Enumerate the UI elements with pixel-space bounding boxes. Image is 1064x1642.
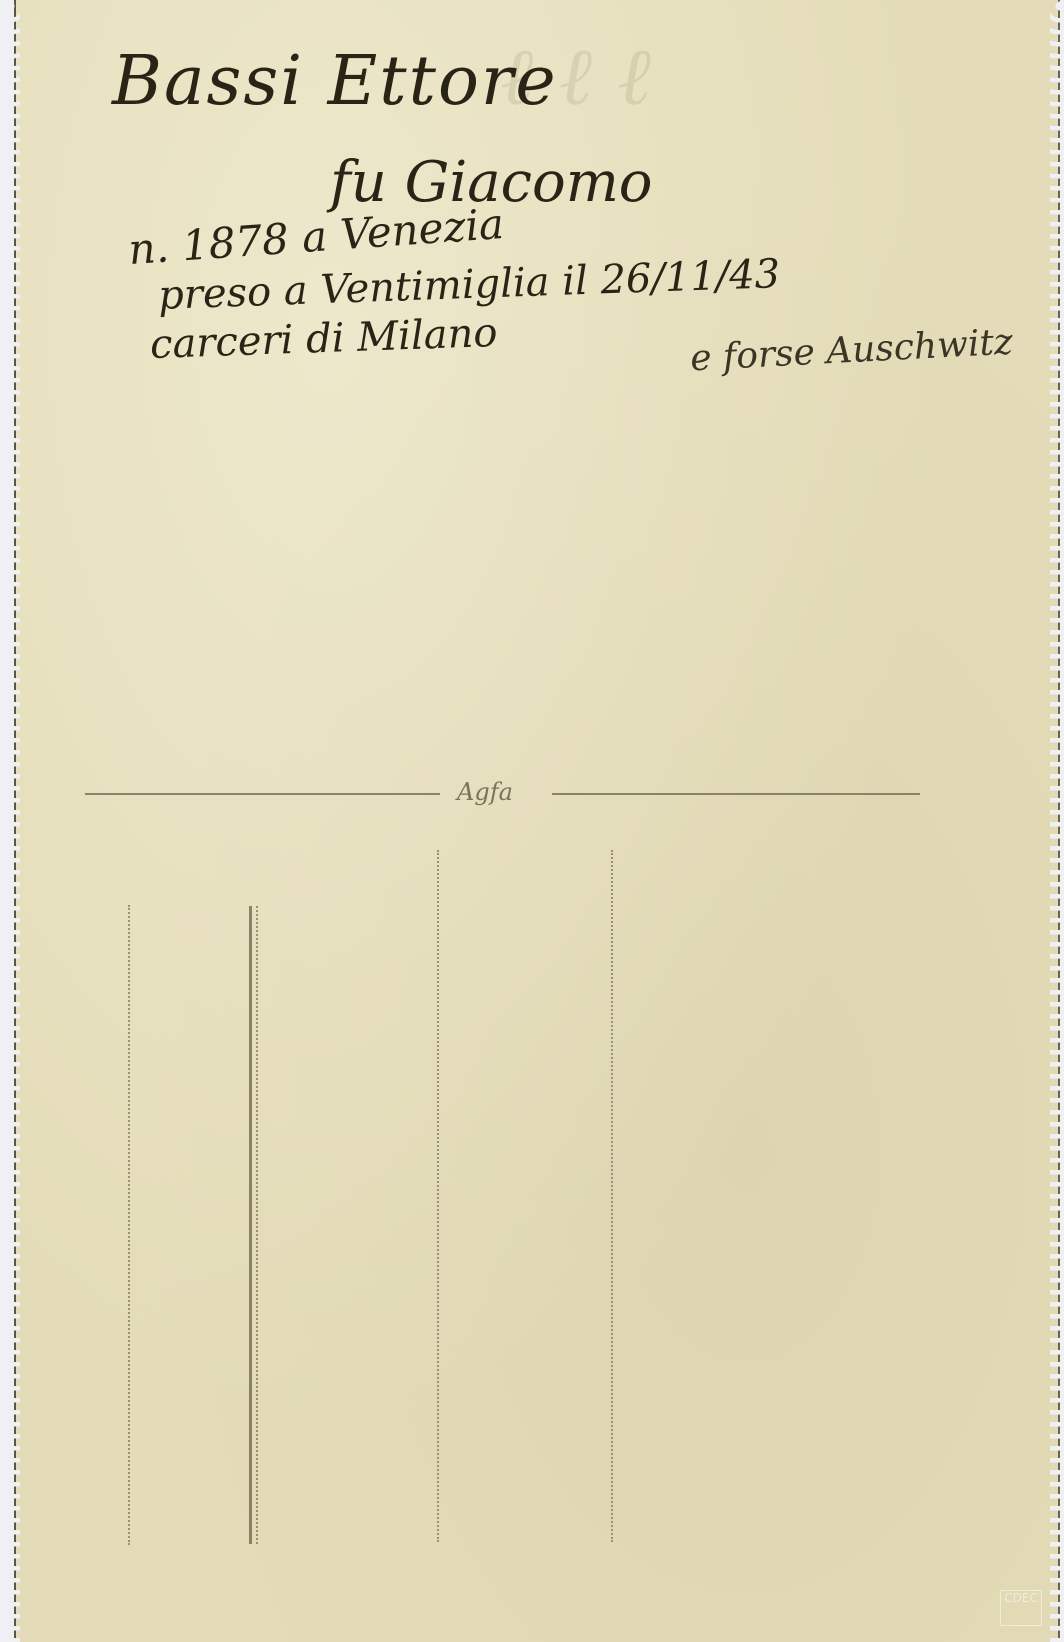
dotted-line-1: [128, 905, 130, 1545]
handwritten-name: Bassi Ettore: [112, 42, 558, 121]
dotted-line-2: [256, 906, 258, 1544]
divider-right: [552, 793, 920, 795]
dotted-line-3: [437, 850, 439, 1542]
deckled-edge-left: [10, 0, 20, 1642]
divider-left: [85, 793, 440, 795]
deckled-edge-right: [1050, 0, 1060, 1642]
stamp-column-line: [249, 906, 252, 1544]
agfa-logo: Agfa: [457, 778, 513, 806]
archive-watermark: CDEC: [1000, 1590, 1042, 1626]
dotted-line-4: [611, 850, 613, 1542]
